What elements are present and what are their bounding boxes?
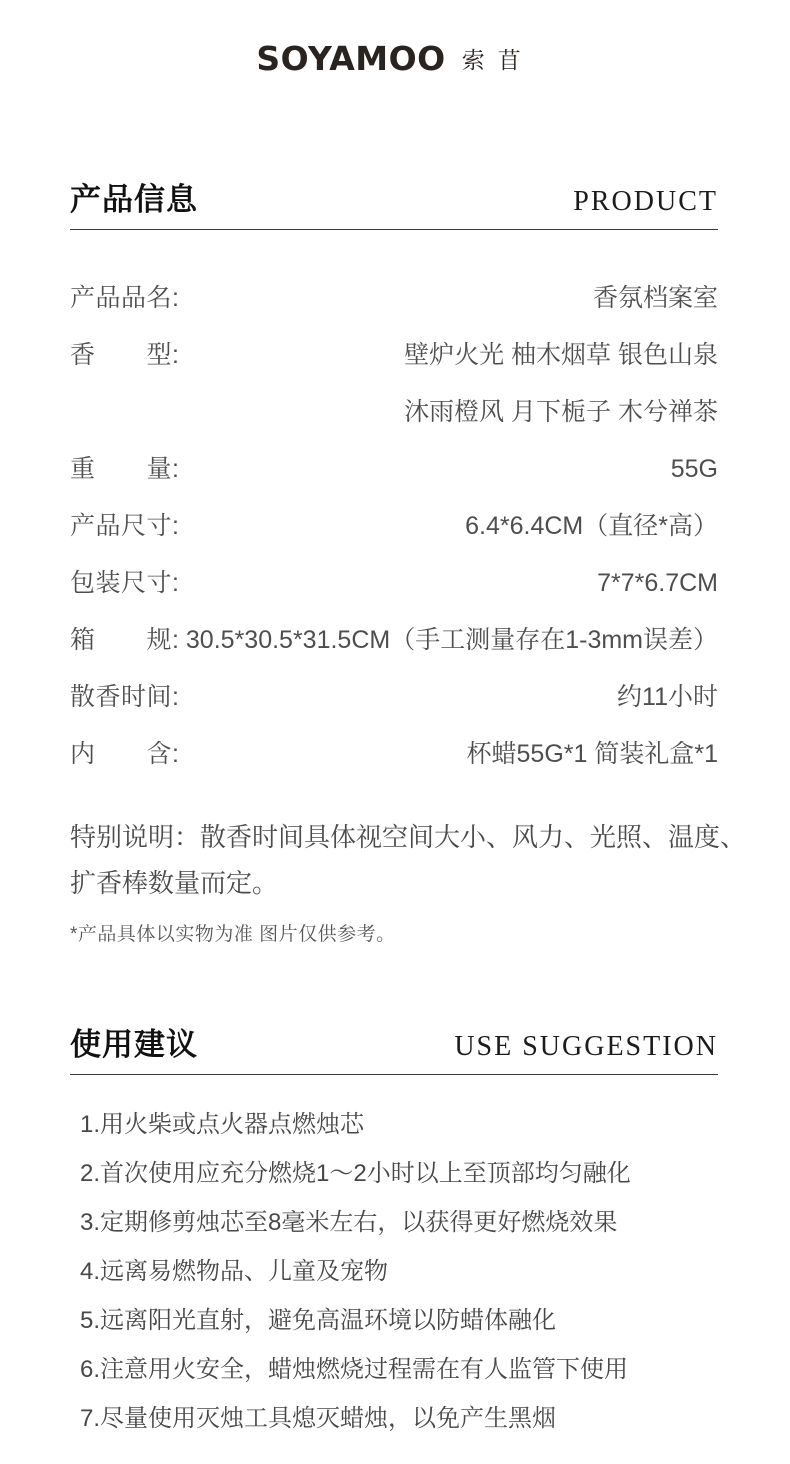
special-note-line-2: 扩香棒数量而定。 (70, 860, 718, 906)
spec-row-product-size: 产品尺寸: 6.4*6.4CM（直径*高） (70, 498, 718, 555)
scent-type-line-2: 沐雨橙风 月下栀子 木兮禅茶 (179, 384, 718, 441)
product-info-title-cn: 产品信息 (70, 181, 198, 220)
spec-label: 包装尺寸: (70, 555, 179, 612)
spec-row-scent-duration: 散香时间: 约11小时 (70, 669, 718, 726)
spec-value: 杯蜡55G*1 简装礼盒*1 (179, 726, 718, 783)
spec-label: 产品尺寸: (70, 498, 179, 555)
spec-value: 55G (179, 441, 718, 498)
spec-row-contents: 内 含: 杯蜡55G*1 简装礼盒*1 (70, 726, 718, 783)
content-area: 产品信息 PRODUCT 产品品名: 香氛档案室 香 型: 壁炉火光 柚木烟草 … (70, 181, 718, 1443)
spec-row-weight: 重 量: 55G (70, 441, 718, 498)
product-info-section-header: 产品信息 PRODUCT (70, 181, 718, 230)
spec-label: 散香时间: (70, 669, 179, 726)
special-note: 特别说明：散香时间具体视空间大小、风力、光照、温度、 扩香棒数量而定。 (70, 814, 718, 906)
scent-type-line-1: 壁炉火光 柚木烟草 银色山泉 (179, 327, 718, 384)
use-suggestion-title-cn: 使用建议 (70, 1026, 198, 1065)
suggestion-item: 6.注意用火安全，蜡烛燃烧过程需在有人监管下使用 (80, 1345, 718, 1394)
product-detail-page: SOYAMOO 索苜 产品信息 PRODUCT 产品品名: 香氛档案室 香 型:… (0, 0, 790, 1464)
suggestion-item: 3.定期修剪烛芯至8毫米左右，以获得更好燃烧效果 (80, 1198, 718, 1247)
spec-table: 产品品名: 香氛档案室 香 型: 壁炉火光 柚木烟草 银色山泉 沐雨橙风 月下栀… (70, 270, 718, 783)
spec-value: 7*7*6.7CM (179, 555, 718, 612)
brand-logo: SOYAMOO 索苜 (0, 0, 790, 75)
disclaimer-footnote: *产品具体以实物为准 图片仅供参考。 (70, 919, 718, 946)
suggestion-item: 1.用火柴或点火器点燃烛芯 (80, 1100, 718, 1149)
spec-row-product-name: 产品品名: 香氛档案室 (70, 270, 718, 327)
suggestion-list: 1.用火柴或点火器点燃烛芯 2.首次使用应充分燃烧1～2小时以上至顶部均匀融化 … (70, 1100, 718, 1443)
suggestion-item: 7.尽量使用灭烛工具熄灭蜡烛，以免产生黑烟 (80, 1394, 718, 1443)
suggestion-item: 2.首次使用应充分燃烧1～2小时以上至顶部均匀融化 (80, 1149, 718, 1198)
suggestion-item: 5.远离阳光直射，避免高温环境以防蜡体融化 (80, 1296, 718, 1345)
spec-label: 产品品名: (70, 270, 179, 327)
spec-row-scent-type: 香 型: 壁炉火光 柚木烟草 银色山泉 沐雨橙风 月下栀子 木兮禅茶 (70, 327, 718, 441)
spec-value: 30.5*30.5*31.5CM（手工测量存在1-3mm误差） (179, 612, 718, 669)
spec-value: 壁炉火光 柚木烟草 银色山泉 沐雨橙风 月下栀子 木兮禅茶 (179, 327, 718, 441)
product-info-title-en: PRODUCT (573, 187, 718, 218)
suggestion-item: 4.远离易燃物品、儿童及宠物 (80, 1247, 718, 1296)
spec-value: 6.4*6.4CM（直径*高） (179, 498, 718, 555)
use-suggestion-section-header: 使用建议 USE SUGGESTION (70, 1026, 718, 1075)
special-note-line-1: 特别说明：散香时间具体视空间大小、风力、光照、温度、 (70, 814, 718, 860)
spec-label: 箱 规: (70, 612, 179, 669)
brand-logo-wordmark: SOYAMOO (256, 42, 445, 75)
spec-label: 香 型: (70, 327, 179, 384)
spec-label: 重 量: (70, 441, 179, 498)
spec-value: 约11小时 (179, 669, 718, 726)
spec-label: 内 含: (70, 726, 179, 783)
use-suggestion-title-en: USE SUGGESTION (454, 1032, 718, 1063)
brand-logo-chinese: 索苜 (462, 45, 534, 72)
spec-value: 香氛档案室 (179, 270, 718, 327)
spec-row-package-size: 包装尺寸: 7*7*6.7CM (70, 555, 718, 612)
spec-row-carton-spec: 箱 规: 30.5*30.5*31.5CM（手工测量存在1-3mm误差） (70, 612, 718, 669)
